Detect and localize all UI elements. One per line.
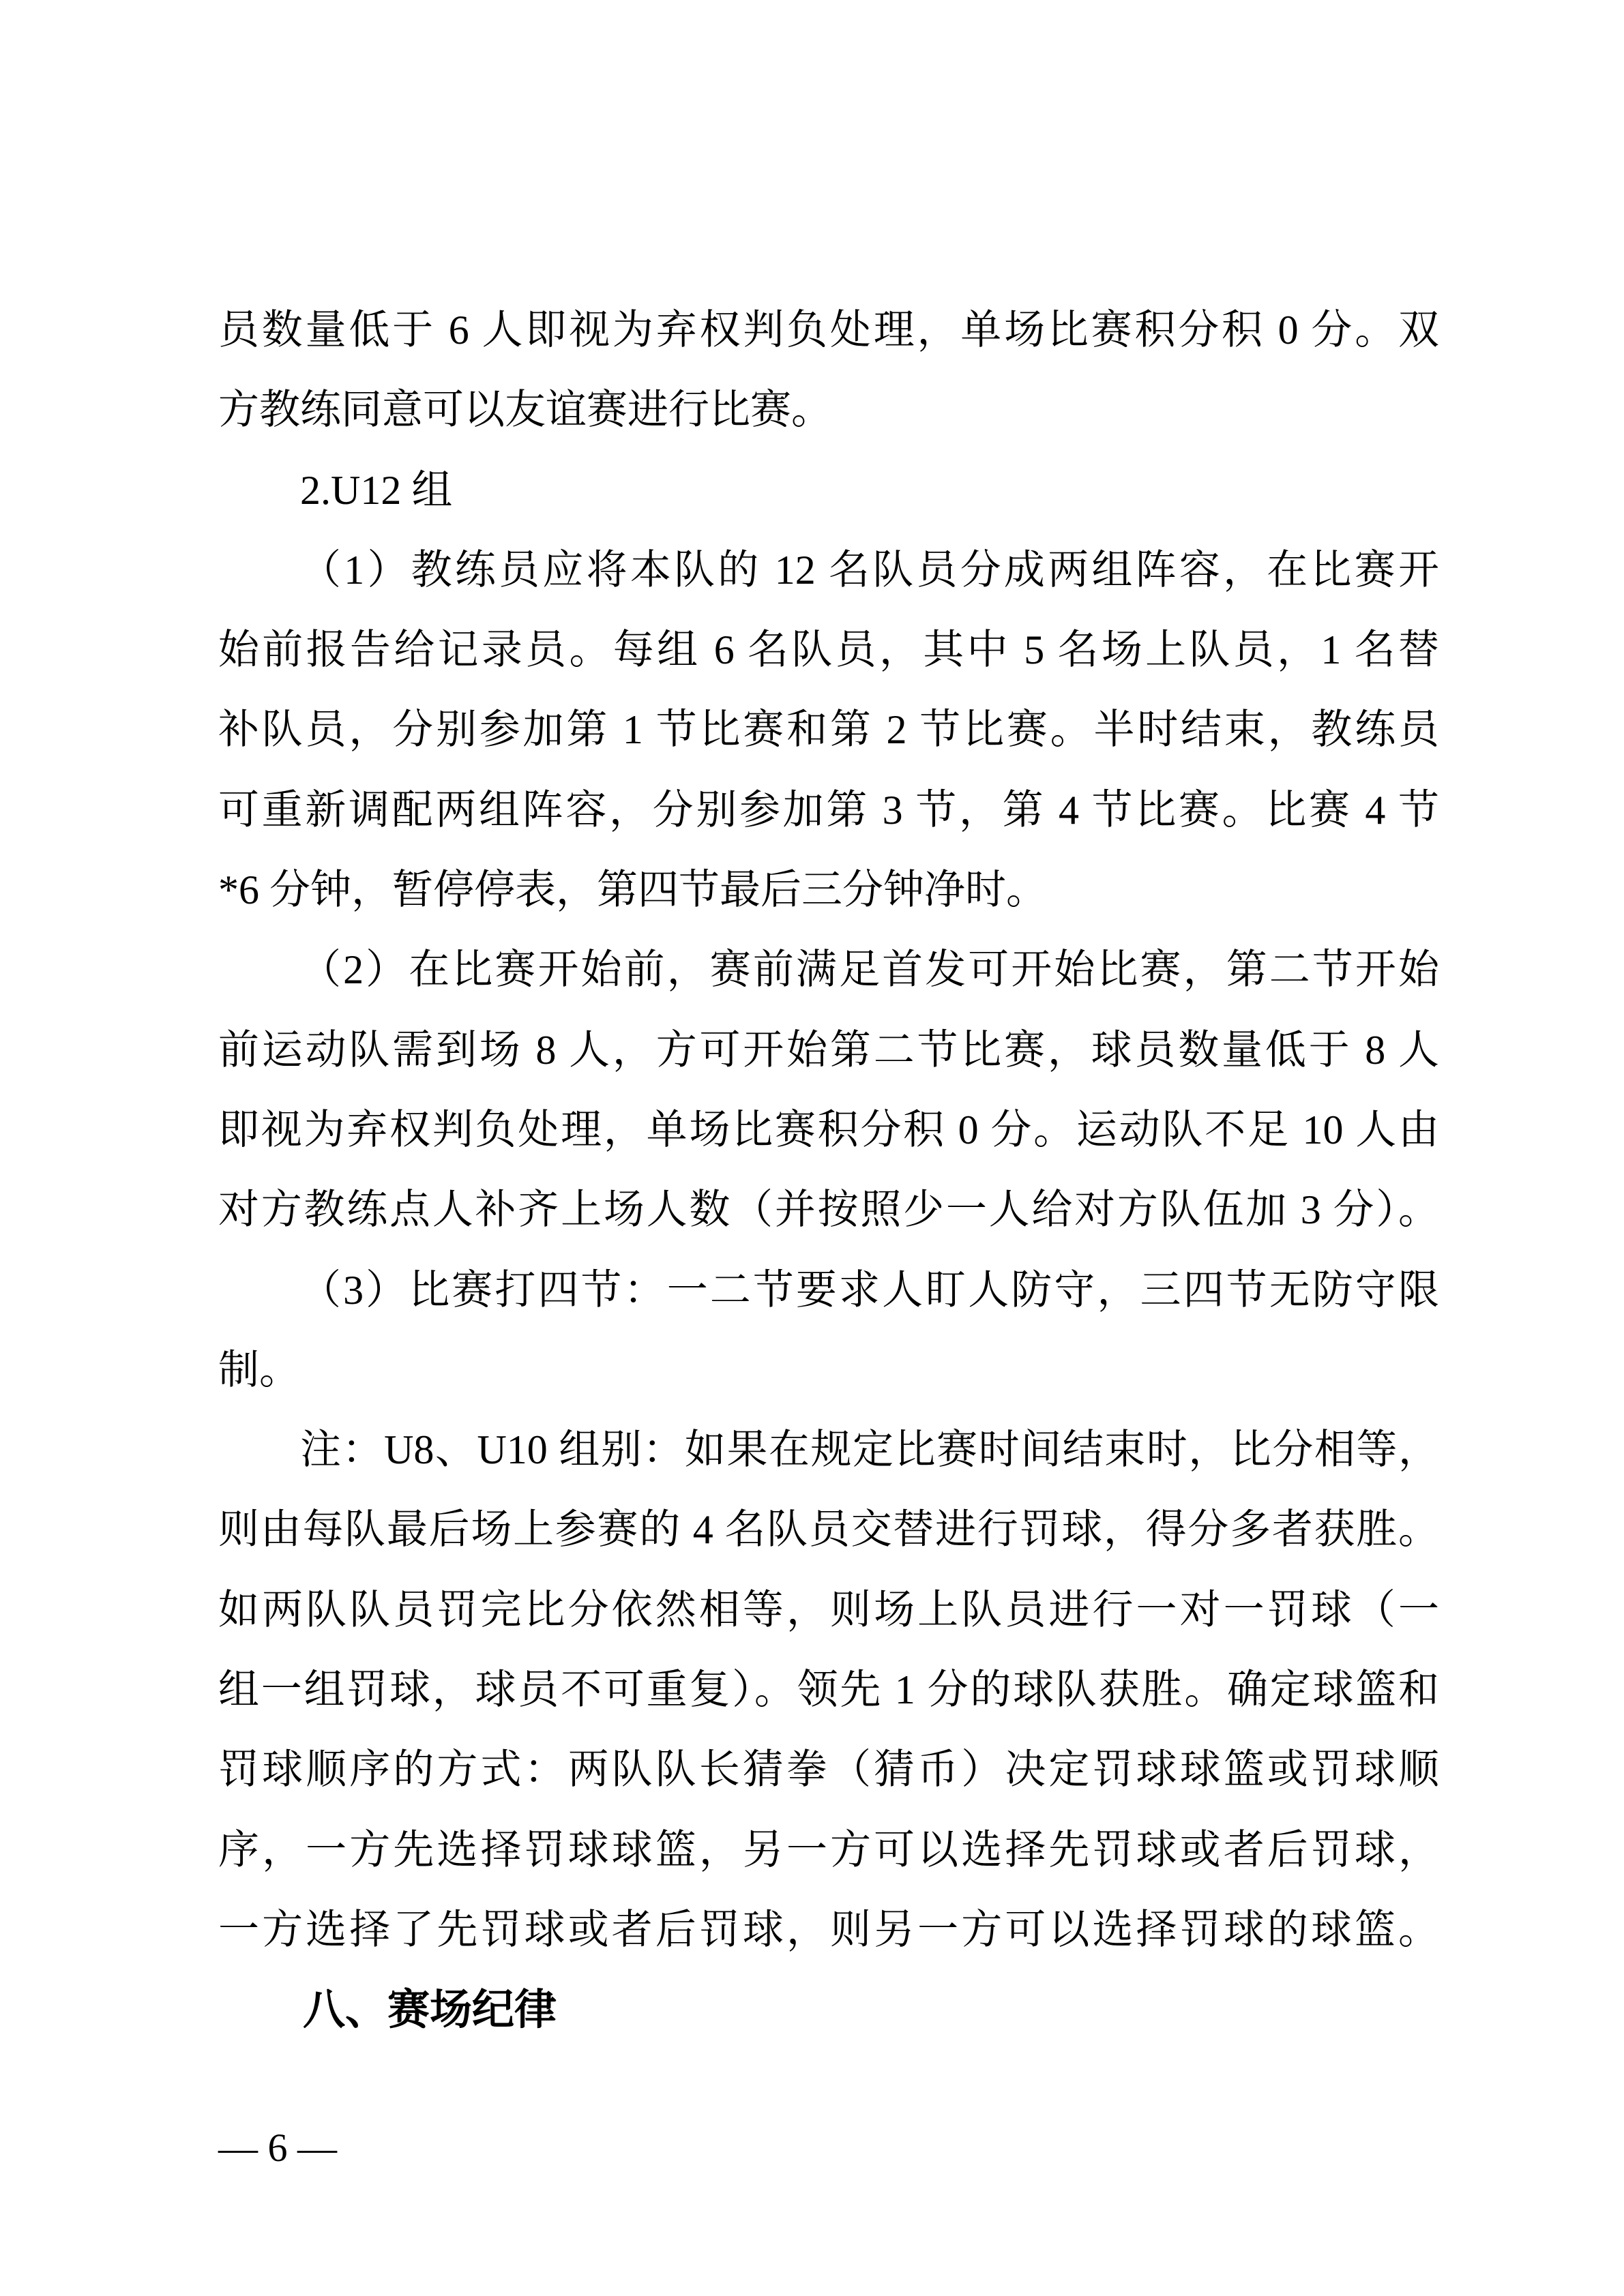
- body-line: 一方选择了先罚球或者后罚球，则另一方可以选择罚球的球篮。: [218, 1890, 1439, 1970]
- body-line: 注：U8、U10 组别：如果在规定比赛时间结束时，比分相等，: [218, 1410, 1439, 1490]
- section-heading: 八、赛场纪律: [218, 1970, 1439, 2050]
- body-line: 制。: [218, 1330, 1439, 1410]
- body-line: *6 分钟，暂停停表，第四节最后三分钟净时。: [218, 850, 1439, 930]
- body-line: 则由每队最后场上参赛的 4 名队员交替进行罚球，得分多者获胜。: [218, 1490, 1439, 1570]
- body-line: 组一组罚球，球员不可重复）。领先 1 分的球队获胜。确定球篮和: [218, 1650, 1439, 1730]
- body-line: 补队员，分别参加第 1 节比赛和第 2 节比赛。半时结束，教练员: [218, 690, 1439, 770]
- body-line: 即视为弃权判负处理，单场比赛积分积 0 分。运动队不足 10 人由: [218, 1090, 1439, 1170]
- body-line: 罚球顺序的方式：两队队长猜拳（猜币）决定罚球球篮或罚球顺: [218, 1730, 1439, 1810]
- body-line: 如两队队员罚完比分依然相等，则场上队员进行一对一罚球（一: [218, 1570, 1439, 1650]
- body-line: 2.U12 组: [218, 451, 1439, 531]
- body-line: 可重新调配两组阵容，分别参加第 3 节，第 4 节比赛。比赛 4 节: [218, 771, 1439, 850]
- document-page: 员数量低于 6 人即视为弃权判负处理，单场比赛积分积 0 分。双 方教练同意可以…: [0, 0, 1624, 2296]
- body-line: 始前报告给记录员。每组 6 名队员，其中 5 名场上队员，1 名替: [218, 610, 1439, 690]
- body-line: 序，一方先选择罚球球篮，另一方可以选择先罚球或者后罚球，: [218, 1810, 1439, 1890]
- page-number: — 6 —: [218, 2126, 337, 2170]
- body-line: 方教练同意可以友谊赛进行比赛。: [218, 370, 1439, 450]
- body-line: 对方教练点人补齐上场人数（并按照少一人给对方队伍加 3 分）。: [218, 1170, 1439, 1250]
- body-line: （1）教练员应将本队的 12 名队员分成两组阵容，在比赛开: [218, 531, 1439, 610]
- text-body: 员数量低于 6 人即视为弃权判负处理，单场比赛积分积 0 分。双 方教练同意可以…: [218, 290, 1439, 2051]
- body-line: 员数量低于 6 人即视为弃权判负处理，单场比赛积分积 0 分。双: [218, 290, 1439, 370]
- body-line: （2）在比赛开始前，赛前满足首发可开始比赛，第二节开始: [218, 930, 1439, 1010]
- body-line: 前运动队需到场 8 人，方可开始第二节比赛，球员数量低于 8 人: [218, 1011, 1439, 1090]
- body-line: （3）比赛打四节：一二节要求人盯人防守，三四节无防守限: [218, 1251, 1439, 1330]
